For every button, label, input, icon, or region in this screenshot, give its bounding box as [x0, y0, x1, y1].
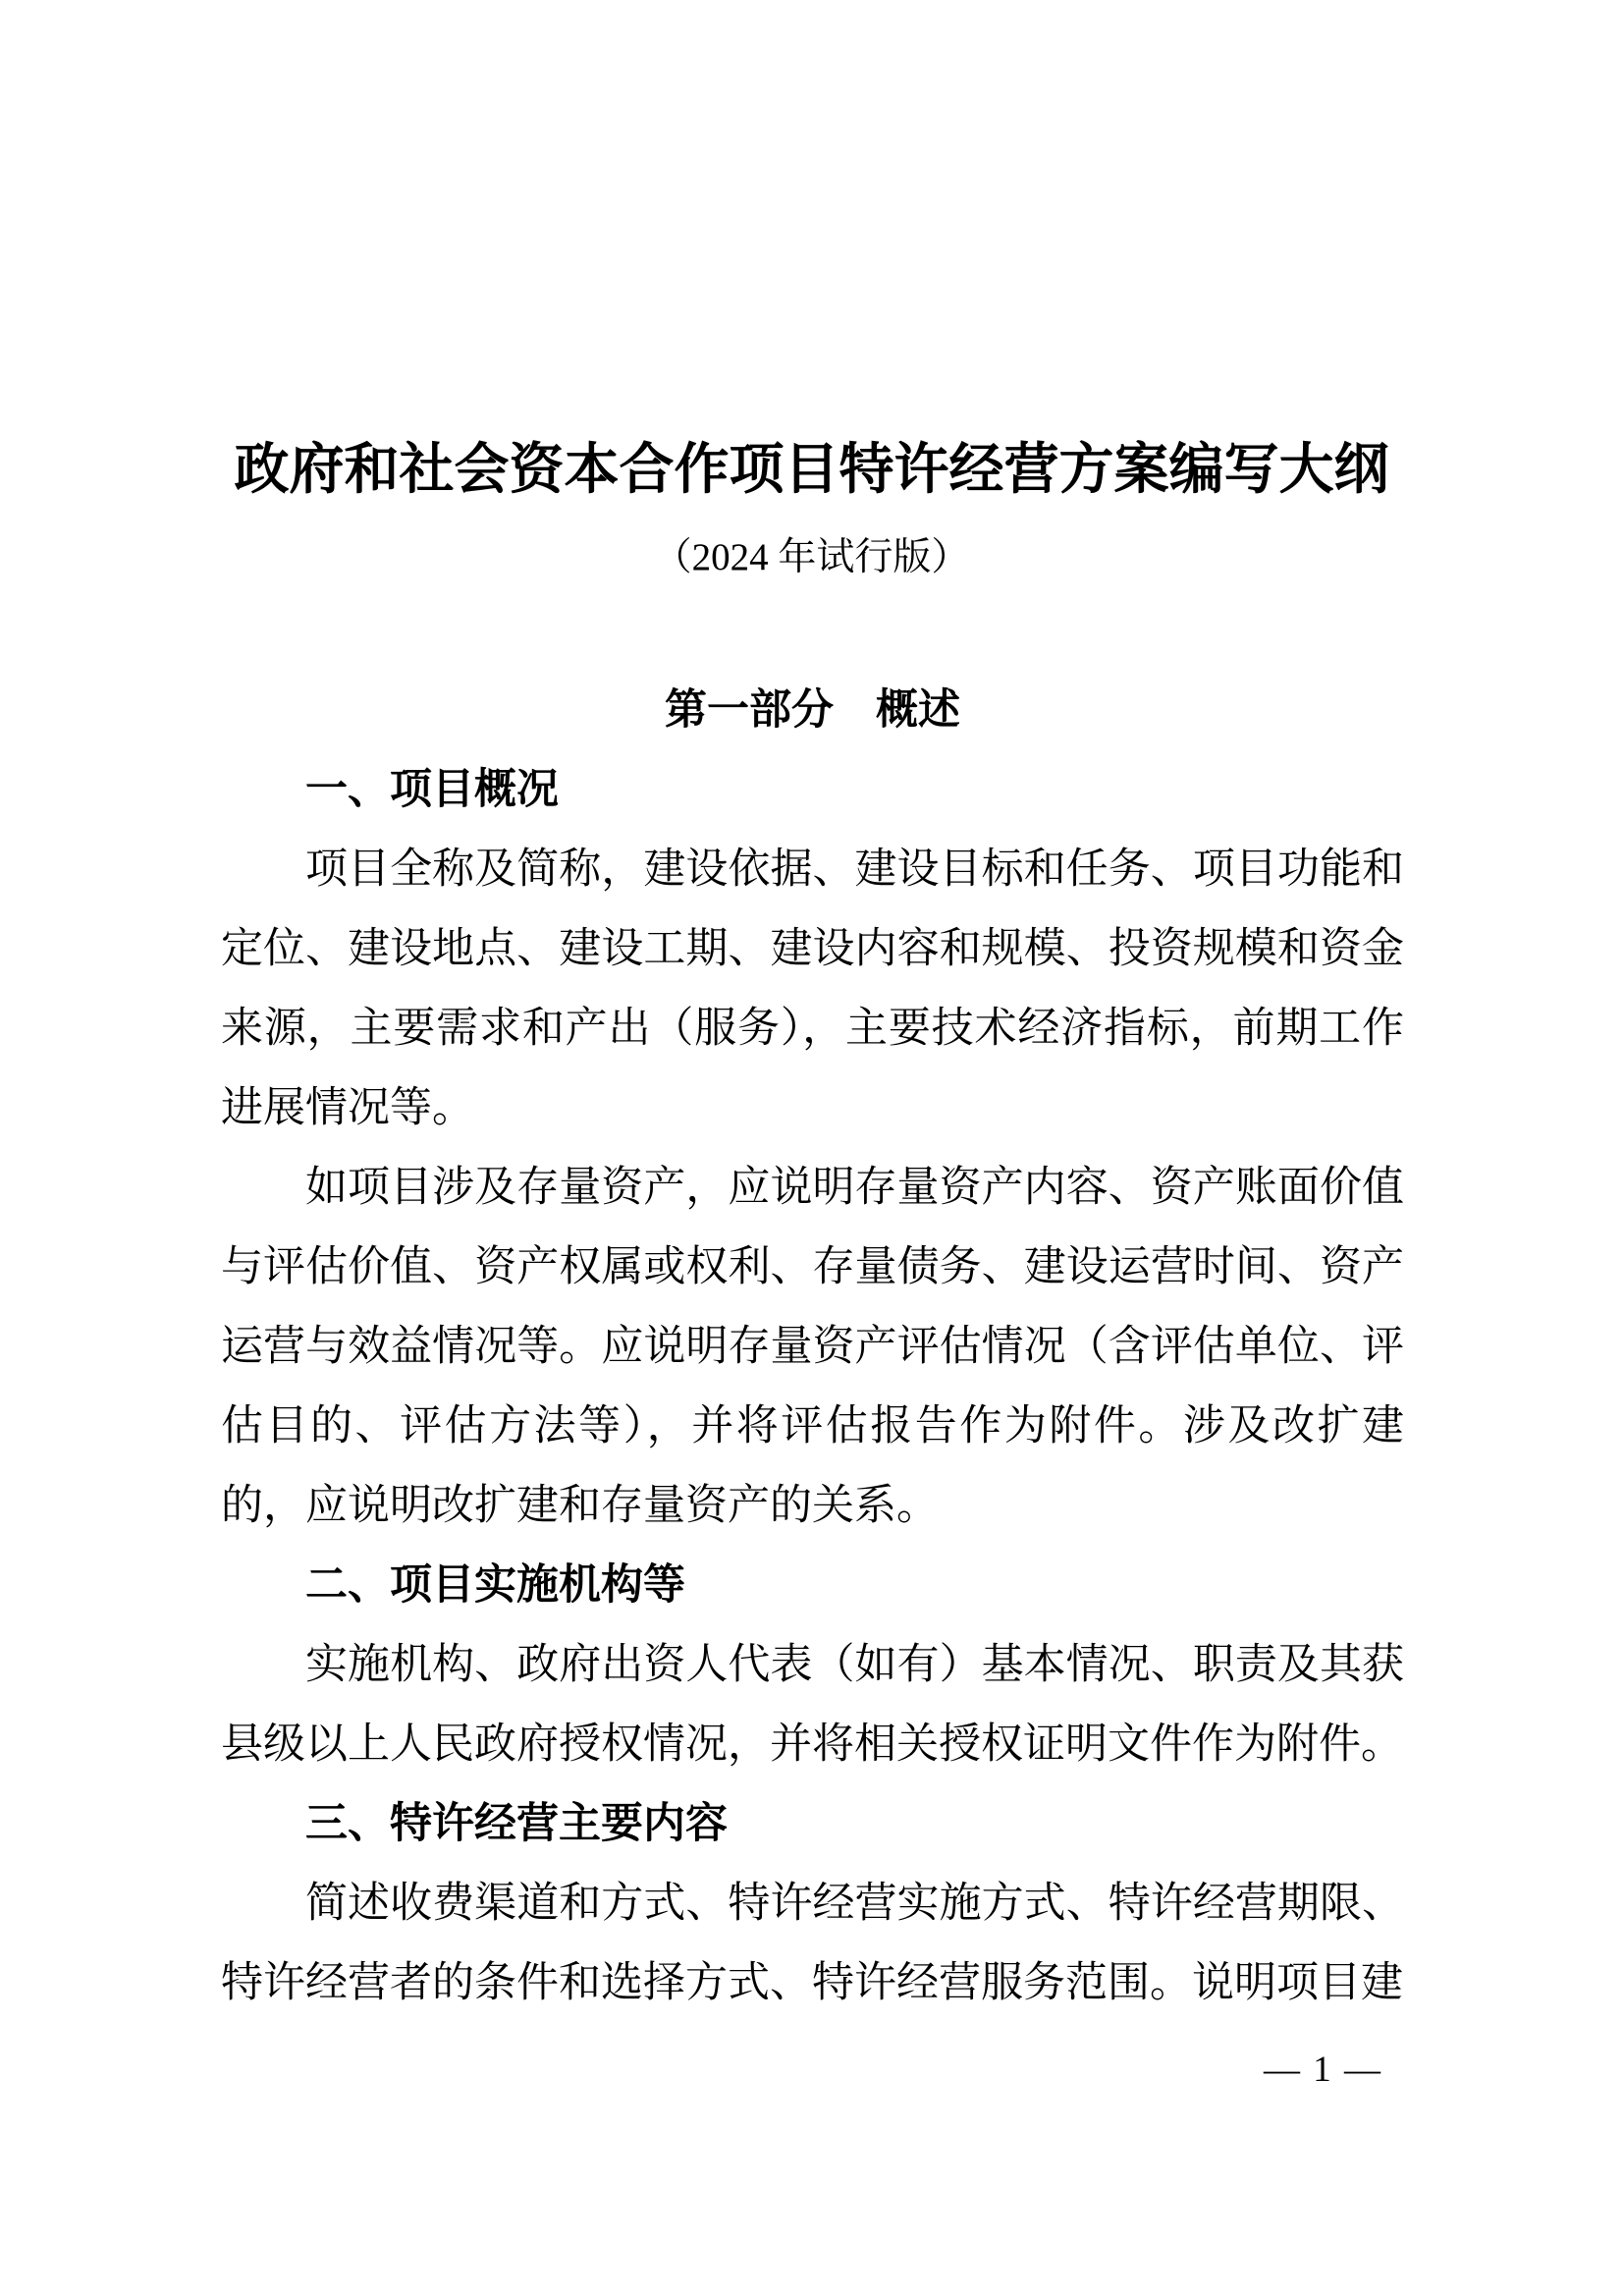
paragraph: 实施机构、政府出资人代表（如有）基本情况、职责及其获县级以上人民政府授权情况，并…	[221, 1625, 1404, 1784]
text-line: 简述收费渠道和方式、特许经营实施方式、特许经营期限、	[221, 1864, 1404, 1943]
text-line: 项目全称及简称，建设依据、建设目标和任务、项目功能和	[221, 830, 1404, 909]
document-title: 政府和社会资本合作项目特许经营方案编写大纲	[0, 440, 1623, 501]
document-subtitle: （2024 年试行版）	[0, 530, 1623, 585]
text-line: 进展情况等。	[221, 1068, 1404, 1148]
paragraph: 如项目涉及存量资产，应说明存量资产内容、资产账面价值与评估价值、资产权属或权利、…	[221, 1148, 1404, 1546]
text-line: 特许经营者的条件和选择方式、特许经营服务范围。说明项目建	[221, 1943, 1404, 2023]
text-line: 县级以上人民政府授权情况，并将相关授权证明文件作为附件。	[221, 1705, 1404, 1784]
section-heading: 二、项目实施机构等	[221, 1546, 1404, 1625]
text-line: 来源，主要需求和产出（服务），主要技术经济指标，前期工作	[221, 989, 1404, 1068]
document-body: 第一部分 概述一、项目概况项目全称及简称，建设依据、建设目标和任务、项目功能和定…	[221, 671, 1404, 2023]
text-line: 二、项目实施机构等	[221, 1546, 1404, 1625]
text-line: 第一部分 概述	[221, 671, 1404, 750]
text-line: 一、项目概况	[221, 750, 1404, 830]
document-page: 政府和社会资本合作项目特许经营方案编写大纲 （2024 年试行版） 第一部分 概…	[0, 0, 1623, 2296]
paragraph: 简述收费渠道和方式、特许经营实施方式、特许经营期限、特许经营者的条件和选择方式、…	[221, 1864, 1404, 2023]
text-line: 实施机构、政府出资人代表（如有）基本情况、职责及其获	[221, 1625, 1404, 1705]
text-line: 如项目涉及存量资产，应说明存量资产内容、资产账面价值	[221, 1148, 1404, 1228]
text-line: 估目的、评估方法等），并将评估报告作为附件。涉及改扩建	[221, 1387, 1404, 1466]
page-number: — 1 —	[1264, 2049, 1382, 2092]
text-line: 的，应说明改扩建和存量资产的关系。	[221, 1466, 1404, 1546]
text-line: 定位、建设地点、建设工期、建设内容和规模、投资规模和资金	[221, 909, 1404, 989]
section-heading: 三、特许经营主要内容	[221, 1784, 1404, 1864]
text-line: 与评估价值、资产权属或权利、存量债务、建设运营时间、资产	[221, 1228, 1404, 1307]
part-heading: 第一部分 概述	[221, 671, 1404, 750]
section-heading: 一、项目概况	[221, 750, 1404, 830]
text-line: 运营与效益情况等。应说明存量资产评估情况（含评估单位、评	[221, 1307, 1404, 1387]
paragraph: 项目全称及简称，建设依据、建设目标和任务、项目功能和定位、建设地点、建设工期、建…	[221, 830, 1404, 1148]
text-line: 三、特许经营主要内容	[221, 1784, 1404, 1864]
